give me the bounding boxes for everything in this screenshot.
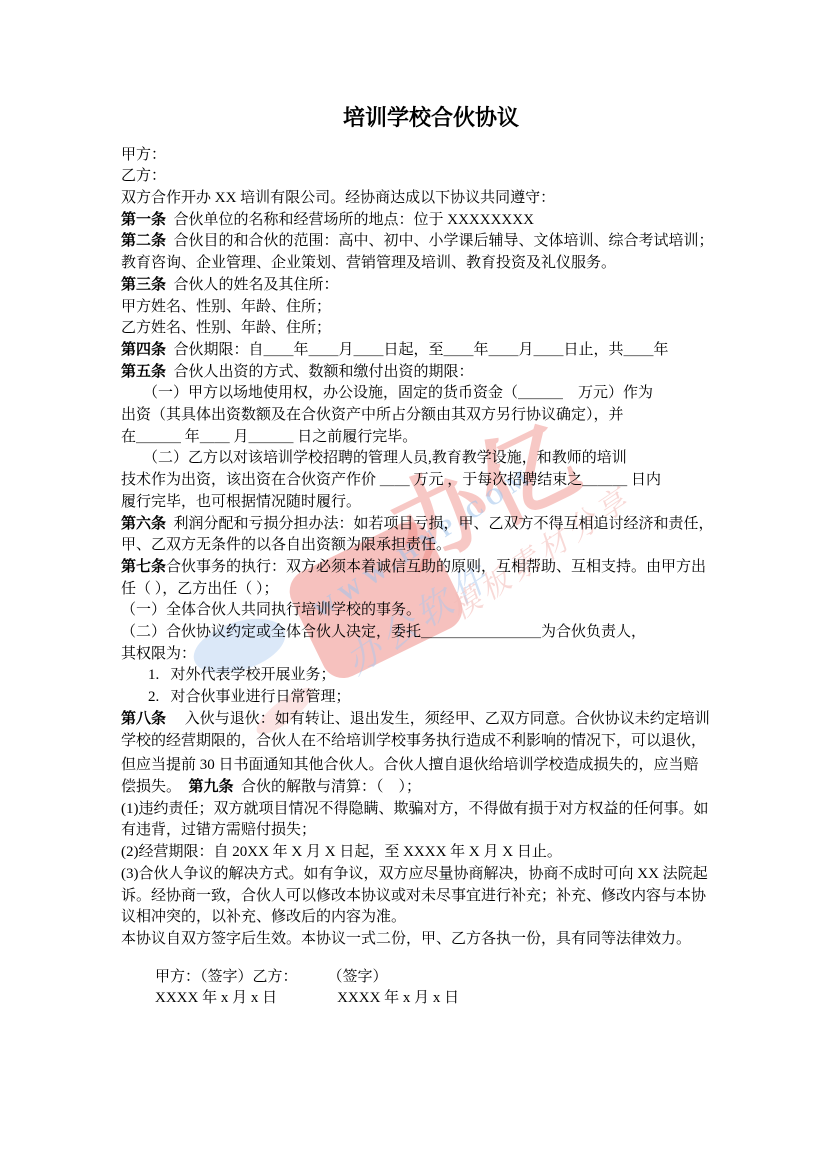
- document-content: 培训学校合伙协议 甲方：乙方：双方合作开办 XX 培训有限公司。经协商达成以下协…: [0, 0, 827, 1010]
- doc-line: 偿损失。 第九条 合伙的解散与清算：（ ）；: [121, 777, 761, 799]
- doc-line: 教育咨询、企业管理、企业策划、营销管理及培训、教育投资及礼仪服务。: [121, 253, 761, 275]
- doc-line: 乙方：: [121, 166, 761, 188]
- doc-line: 但应当提前 30 日书面通知其他合伙人。合伙人擅自退伙给培训学校造成损失的，应当…: [121, 755, 761, 777]
- doc-line: 乙方姓名、性别、年龄、住所；: [121, 318, 761, 340]
- doc-line: 甲方：: [121, 145, 761, 167]
- doc-line: 双方合作开办 XX 培训有限公司。经协商达成以下协议共同遵守：: [121, 188, 761, 210]
- doc-line: 诉。经协商一致，合伙人可以修改本协议或对未尽事宜进行补充；补充、修改内容与本协: [121, 886, 761, 908]
- doc-line: 在＿＿＿ 年＿＿ 月＿＿＿ 日之前履行完毕。: [121, 427, 761, 449]
- doc-line: （二）合伙协议约定或全体合伙人决定，委托＿＿＿＿＿＿＿＿为合伙负责人，: [121, 622, 761, 644]
- doc-line: 第一条 合伙单位的名称和经营场所的地点：位于 XXXXXXXX: [121, 210, 761, 232]
- doc-line: 第六条 利润分配和亏损分担办法：如若项目亏损，甲、乙双方不得互相追讨经济和责任，: [121, 514, 761, 536]
- doc-line: 任（ ），乙方出任（ ）；: [121, 579, 761, 601]
- doc-line: 有违背，过错方需赔付损失；: [121, 820, 761, 842]
- doc-line: 第五条 合伙人出资的方式、数额和缴付出资的期限：: [121, 362, 761, 384]
- doc-line: （一）全体合伙人共同执行培训学校的事务。: [121, 600, 761, 622]
- doc-line: 出资（其具体出资数额及在合伙资产中所占分额由其双方另行协议确定），并: [121, 405, 761, 427]
- doc-line: 甲方：（签字）乙方： （签字）: [121, 967, 761, 989]
- doc-line: 甲、乙双方无条件的以各自出资额为限承担责任。: [121, 535, 761, 557]
- document-page: 办亿 WWW.HNP.COM 办公软件 模板素材分享 培训学校合伙协议 甲方：乙…: [0, 0, 827, 1169]
- doc-line: 本协议自双方签字后生效。本协议一式二份，甲、乙方各执一份，具有同等法律效力。: [121, 929, 761, 951]
- doc-line: (1)违约责任；双方就项目情况不得隐瞒、欺骗对方，不得做有损于对方权益的任何事。…: [121, 799, 761, 821]
- doc-line: 2. 对合伙事业进行日常管理；: [121, 687, 761, 709]
- document-body: 甲方：乙方：双方合作开办 XX 培训有限公司。经协商达成以下协议共同遵守：第一条…: [121, 145, 761, 1010]
- doc-line: 技术作为出资，该出资在合伙资产作价 ＿＿ 万元 ，于每次招聘结束之＿＿＿ 日内: [121, 470, 761, 492]
- doc-line: 议相冲突的，以补充、修改后的内容为准。: [121, 907, 761, 929]
- doc-line: 第七条合伙事务的执行：双方必须本着诚信互助的原则，互相帮助、互相支持。由甲方出: [121, 557, 761, 579]
- doc-line: （一）甲方以场地使用权，办公设施，固定的货币资金（＿＿＿ 万元）作为: [121, 383, 761, 405]
- document-title: 培训学校合伙协议: [121, 0, 741, 133]
- doc-line: 第八条 入伙与退伙：如有转让、退出发生，须经甲、乙双方同意。合伙协议未约定培训: [121, 709, 761, 731]
- doc-line: 第二条 合伙目的和合伙的范围：高中、初中、小学课后辅导、文体培训、综合考试培训；: [121, 231, 761, 253]
- doc-line: 履行完毕，也可根据情况随时履行。: [121, 492, 761, 514]
- doc-line: 甲方姓名、性别、年龄、住所；: [121, 297, 761, 319]
- doc-line: 第四条 合伙期限：自＿＿年＿＿月＿＿日起，至＿＿年＿＿月＿＿日止，共＿＿年: [121, 340, 761, 362]
- doc-line: 学校的经营期限的，合伙人在不给培训学校事务执行造成不利影响的情况下，可以退伙，: [121, 731, 761, 753]
- doc-line: (2)经营期限：自 20XX 年 X 月 X 日起，至 XXXX 年 X 月 X…: [121, 842, 761, 864]
- doc-line: （二）乙方以对该培训学校招聘的管理人员,教育教学设施，和教师的培训: [121, 448, 761, 470]
- doc-line: XXXX 年 x 月 x 日 XXXX 年 x 月 x 日: [121, 988, 761, 1010]
- doc-line: 其权限为：: [121, 644, 761, 666]
- doc-line: (3)合伙人争议的解决方式。如有争议，双方应尽量协商解决，协商不成时可向 XX …: [121, 864, 761, 886]
- doc-line: 1. 对外代表学校开展业务；: [121, 665, 761, 687]
- doc-line: 第三条 合伙人的姓名及其住所：: [121, 275, 761, 297]
